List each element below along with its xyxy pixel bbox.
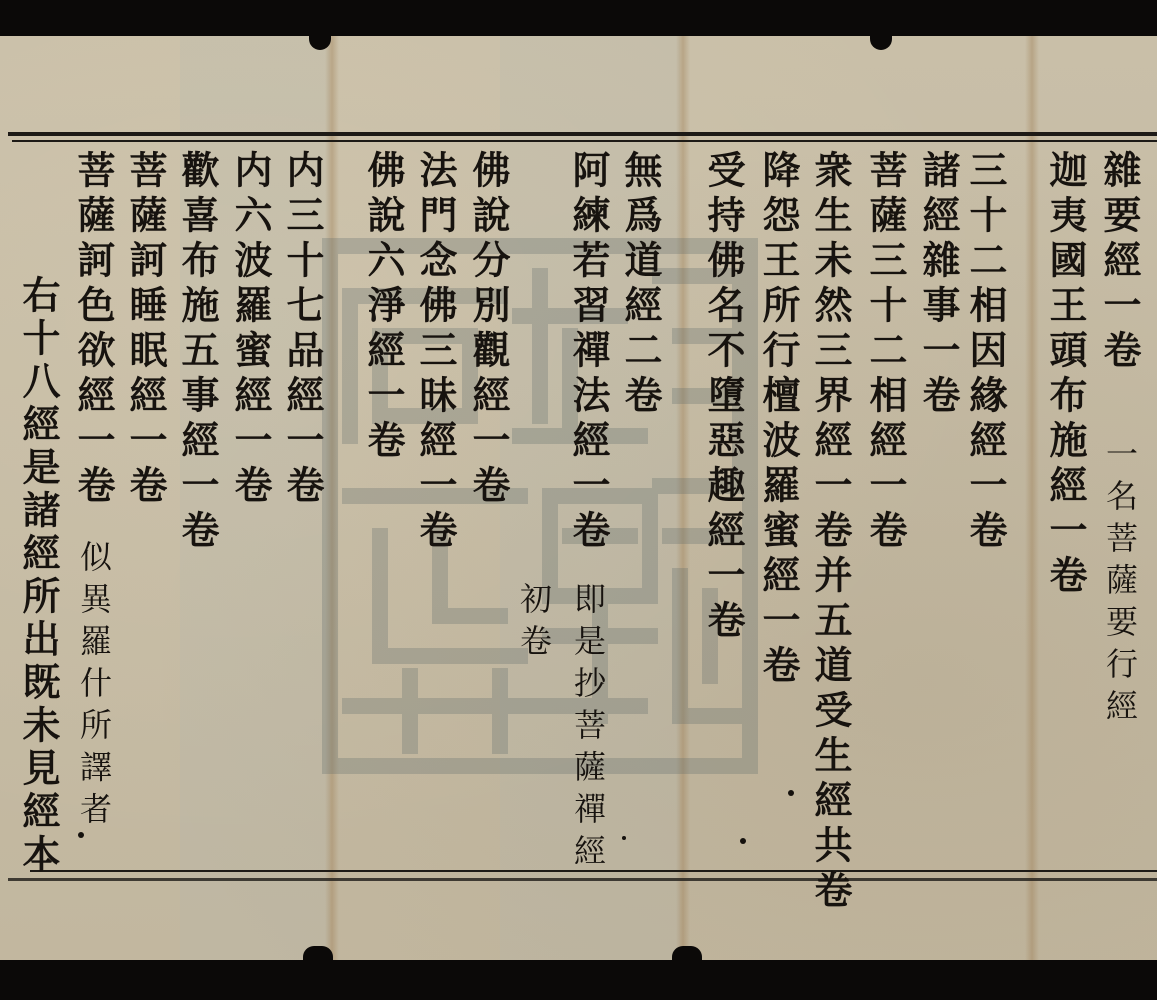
catalogue-entry: 迦夷國王頭布施經一卷 [1046, 150, 1084, 600]
annotation: 即是抄菩薩禪經 [572, 582, 604, 876]
paper-notch [672, 946, 702, 960]
ink-spot [740, 838, 746, 844]
top-border-thin [12, 140, 1157, 142]
catalogue-entry: 菩薩訶睡眠經一卷 [126, 150, 164, 510]
catalogue-entry: 諸經雜事一卷 [919, 150, 957, 420]
catalogue-entry: 法門念佛三昧經一卷 [416, 150, 454, 555]
catalogue-entry: 菩薩訶色欲經一卷 [74, 150, 112, 510]
catalogue-entry: 佛說六淨經一卷 [364, 150, 402, 465]
catalogue-entry: 内六波羅蜜經一卷 [231, 150, 269, 510]
annotation: 初卷 [518, 582, 550, 666]
catalogue-entry: 降怨王所行檀波羅蜜經一卷 [759, 150, 797, 690]
annotation: 似異羅什所譯者 [78, 540, 110, 834]
page-fold-line [1025, 36, 1039, 960]
catalogue-entry: 歡喜布施五事經一卷 [178, 150, 216, 555]
catalogue-entry: 内三十七品經一卷 [283, 150, 321, 510]
catalogue-entry: 佛說分別觀經一卷 [469, 150, 507, 510]
paper-notch [303, 946, 333, 960]
ink-spot [78, 832, 84, 838]
bottom-border-thick [8, 878, 1157, 881]
paper-notch [870, 36, 892, 50]
summary-line: 右十八經是諸經所出既未見經本 [19, 275, 57, 877]
ink-spot [788, 790, 794, 796]
catalogue-entry: 雜要經一卷 [1100, 150, 1138, 375]
catalogue-entry: 阿練若習禪法經一卷 [569, 150, 607, 555]
annotation: 一名菩薩要行經 [1104, 437, 1136, 731]
catalogue-entry: 無爲道經二卷 [621, 150, 659, 420]
ink-spot [622, 836, 626, 840]
catalogue-entry: 菩薩三十二相經一卷 [866, 150, 904, 555]
catalogue-entry: 三十二相因緣經一卷 [966, 150, 1004, 555]
catalogue-entry: 衆生未然三界經一卷并五道受生經共卷 [811, 150, 849, 915]
top-border-thick [8, 132, 1157, 136]
catalogue-entry: 受持佛名不墮惡趣經一卷 [704, 150, 742, 645]
